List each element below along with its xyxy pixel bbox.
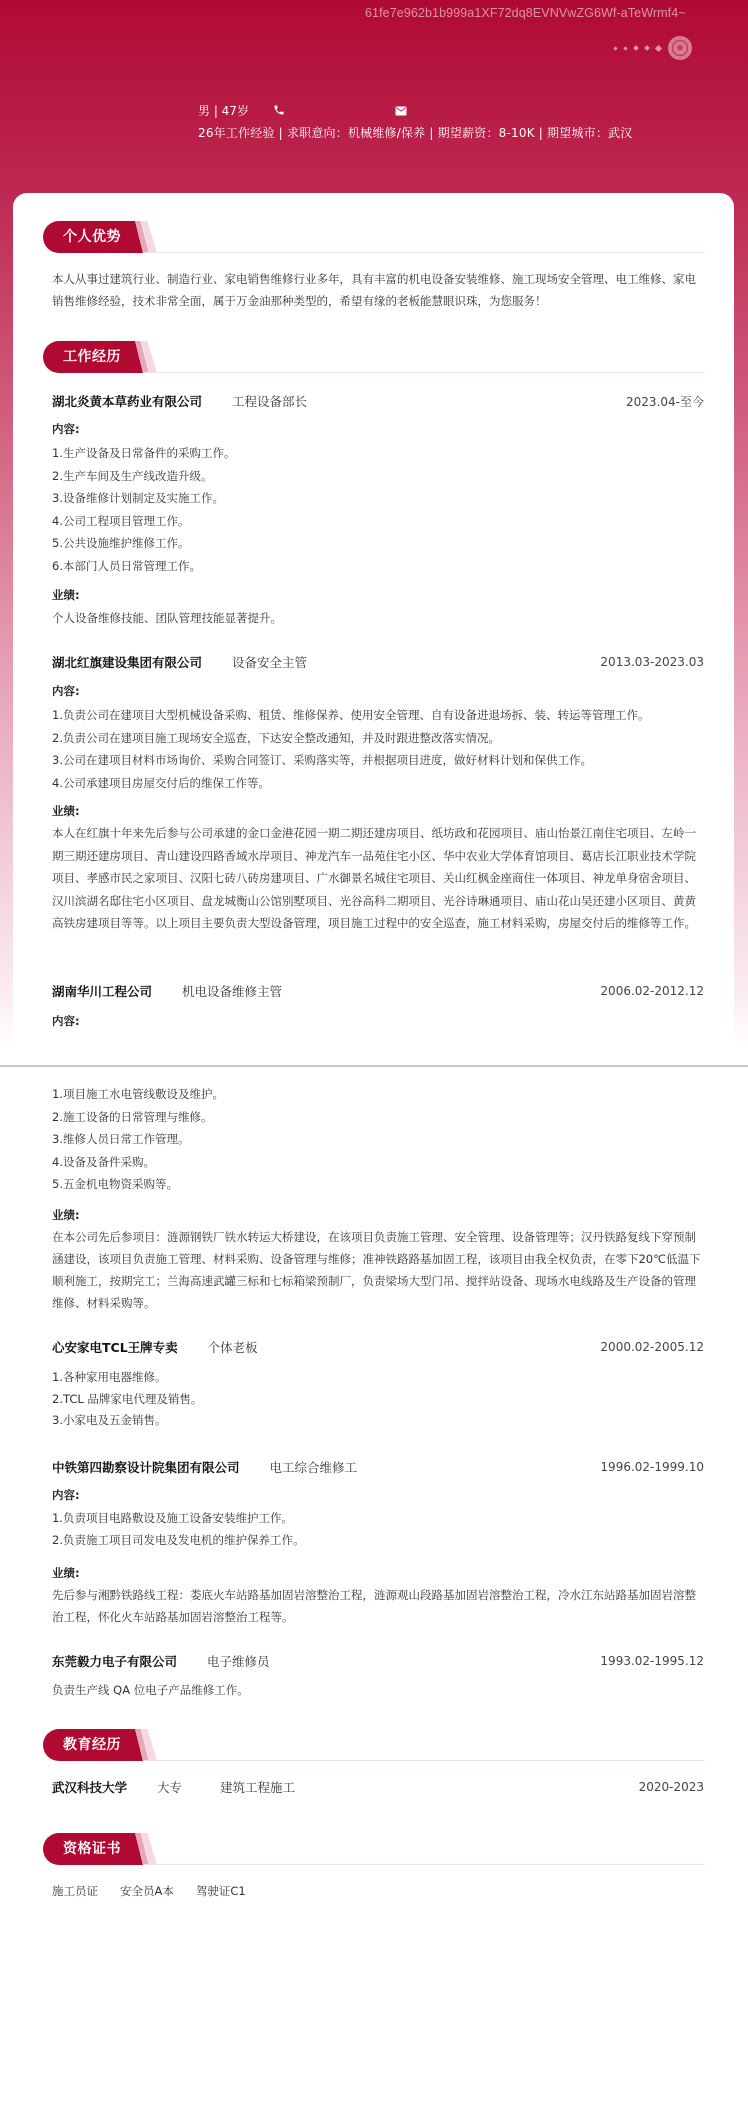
company-name: 湖南华川工程公司: [52, 982, 152, 1000]
section-title: 资格证书: [63, 1833, 121, 1865]
list-item: 1.项目施工水电管线敷设及维护。: [52, 1083, 702, 1106]
company-name: 湖北炎黄本草药业有限公司: [52, 392, 202, 410]
education-item: 武汉科技大学 大专 建筑工程施工 2020-2023: [52, 1777, 704, 1797]
company-name: 中铁第四勘察设计院集团有限公司: [52, 1458, 240, 1476]
personal-info: 男 | 47岁 26年工作经验 | 求职意向：机械维修/保养 | 期望薪资：8-…: [198, 100, 632, 142]
soccer-ball-icon: [668, 36, 692, 60]
job-period: 2006.02-2012.12: [600, 984, 704, 998]
content-label: 内容:: [52, 683, 80, 699]
job-content-list: 1.各种家用电器维修。 2.TCL 品牌家电代理及销售。 3.小家电及五金销售。: [52, 1367, 702, 1432]
list-item: 3.设备维修计划制定及实施工作。: [52, 487, 702, 510]
diamond-dot-icon: [623, 46, 627, 50]
list-item: 负责生产线 QA 位电子产品维修工作。: [52, 1680, 702, 1702]
content-label: 内容:: [52, 1487, 80, 1503]
job-header: 湖南华川工程公司 机电设备维修主管 2006.02-2012.12: [52, 981, 704, 1001]
job-content-list: 1.项目施工水电管线敷设及维护。 2.施工设备的日常管理与维修。 3.维修人员日…: [52, 1083, 702, 1196]
section-header-certificates: 资格证书: [43, 1833, 705, 1865]
job-period: 1996.02-1999.10: [600, 1460, 704, 1474]
achievement-label: 业绩:: [52, 587, 80, 603]
job-role: 电子维修员: [207, 1652, 270, 1670]
phone-icon: [273, 104, 285, 116]
content-label: 内容:: [52, 1013, 80, 1029]
achievement-label: 业绩:: [52, 1565, 80, 1581]
section-header-education: 教育经历: [43, 1729, 705, 1761]
decoration-dots: [614, 36, 692, 60]
job-header: 中铁第四勘察设计院集团有限公司 电工综合维修工 1996.02-1999.10: [52, 1457, 704, 1477]
list-item: 5.公共设施维护维修工作。: [52, 532, 702, 555]
list-item: 4.公司工程项目管理工作。: [52, 510, 702, 533]
degree: 大专: [157, 1778, 182, 1796]
list-item: 1.各种家用电器维修。: [52, 1367, 702, 1389]
list-item: 2.负责施工项目司发电及发电机的维护保养工作。: [52, 1530, 702, 1552]
gender-age: 男 | 47岁: [198, 102, 249, 119]
diamond-dot-icon: [655, 44, 662, 51]
job-header: 湖北炎黄本草药业有限公司 工程设备部长 2023.04-至今: [52, 391, 704, 411]
job-intention-summary: 26年工作经验 | 求职意向：机械维修/保养 | 期望薪资：8-10K | 期望…: [198, 124, 632, 142]
section-title: 教育经历: [63, 1729, 121, 1761]
job-achievement: 先后参与湘黔铁路线工程：娄底火车站路基加固岩溶整治工程，涟源观山段路基加固岩溶整…: [52, 1584, 702, 1628]
certificate-list: 施工员证 安全员A本 驾驶证C1: [52, 1883, 268, 1899]
mail-icon: [395, 105, 407, 115]
job-content-list: 负责生产线 QA 位电子产品维修工作。: [52, 1680, 702, 1702]
company-name: 湖北红旗建设集团有限公司: [52, 653, 202, 671]
job-role: 设备安全主管: [232, 653, 307, 671]
certificate-item: 安全员A本: [120, 1883, 174, 1899]
section-divider: [143, 1864, 705, 1865]
section-divider: [143, 252, 705, 253]
job-role: 个体老板: [208, 1338, 258, 1356]
diamond-dot-icon: [613, 46, 617, 50]
list-item: 1.负责项目电路敷设及施工设备安装维护工作。: [52, 1508, 702, 1530]
job-header: 东莞毅力电子有限公司 电子维修员 1993.02-1995.12: [52, 1651, 704, 1671]
list-item: 2.TCL 品牌家电代理及销售。: [52, 1389, 702, 1411]
section-divider: [143, 1760, 705, 1761]
major: 建筑工程施工: [220, 1778, 295, 1796]
list-item: 6.本部门人员日常管理工作。: [52, 555, 702, 578]
list-item: 2.施工设备的日常管理与维修。: [52, 1106, 702, 1129]
job-achievement: 在本公司先后参项目：涟源钢铁厂铁水转运大桥建设，在该项目负责施工管理、安全管理、…: [52, 1226, 702, 1314]
job-period: 2013.03-2023.03: [600, 655, 704, 669]
job-header: 心安家电TCL王牌专卖 个体老板 2000.02-2005.12: [52, 1337, 704, 1357]
section-header-advantage: 个人优势: [43, 221, 705, 253]
job-achievement: 本人在红旗十年来先后参与公司承建的金口金港花园一期二期还建房项目、纸坊政和花园项…: [52, 822, 702, 935]
job-achievement: 个人设备维修技能、团队管理技能显著提升。: [52, 607, 702, 629]
company-name: 心安家电TCL王牌专卖: [52, 1338, 178, 1356]
job-period: 2023.04-至今: [626, 393, 704, 410]
education-period: 2020-2023: [639, 1780, 704, 1794]
job-period: 2000.02-2005.12: [600, 1340, 704, 1354]
list-item: 1.生产设备及日常备件的采购工作。: [52, 442, 702, 465]
job-role: 电工综合维修工: [270, 1458, 358, 1476]
section-header-work: 工作经历: [43, 341, 705, 373]
list-item: 1.负责公司在建项目大型机械设备采购、租赁、维修保养、使用安全管理、自有设备进退…: [52, 704, 702, 727]
list-item: 2.负责公司在建项目施工现场安全巡查，下达安全整改通知，并及时跟进整改落实情况。: [52, 727, 702, 750]
page-break-divider: [0, 1065, 748, 1067]
certificate-item: 施工员证: [52, 1883, 98, 1899]
watermark-text: 61fe7e962b1b999a1XF72dq8EVNVwZG6Wf-aTeWr…: [365, 6, 686, 20]
job-role: 机电设备维修主管: [182, 982, 282, 1000]
section-title: 工作经历: [63, 341, 121, 373]
school-name: 武汉科技大学: [52, 1778, 127, 1796]
company-name: 东莞毅力电子有限公司: [52, 1652, 177, 1670]
job-content-list: 1.生产设备及日常备件的采购工作。 2.生产车间及生产线改造升级。 3.设备维修…: [52, 442, 702, 577]
list-item: 4.公司承建项目房屋交付后的维保工作等。: [52, 772, 702, 795]
list-item: 3.小家电及五金销售。: [52, 1410, 702, 1432]
job-content-list: 1.负责项目电路敷设及施工设备安装维护工作。 2.负责施工项目司发电及发电机的维…: [52, 1508, 702, 1551]
diamond-dot-icon: [644, 45, 650, 51]
advantage-text: 本人从事过建筑行业、制造行业、家电销售维修行业多年，具有丰富的机电设备安装维修、…: [52, 268, 702, 312]
achievement-label: 业绩:: [52, 803, 80, 819]
list-item: 3.公司在建项目材料市场询价、采购合同签订、采购落实等，并根据项目进度，做好材料…: [52, 749, 702, 772]
job-role: 工程设备部长: [232, 392, 307, 410]
certificate-item: 驾驶证C1: [196, 1883, 246, 1899]
list-item: 5.五金机电物资采购等。: [52, 1173, 702, 1196]
job-period: 1993.02-1995.12: [600, 1654, 704, 1668]
content-label: 内容:: [52, 421, 80, 437]
section-title: 个人优势: [63, 221, 121, 253]
diamond-dot-icon: [633, 45, 639, 51]
achievement-label: 业绩:: [52, 1207, 80, 1223]
list-item: 4.设备及备件采购。: [52, 1151, 702, 1174]
job-content-list: 1.负责公司在建项目大型机械设备采购、租赁、维修保养、使用安全管理、自有设备进退…: [52, 704, 702, 794]
list-item: 2.生产车间及生产线改造升级。: [52, 465, 702, 488]
list-item: 3.维修人员日常工作管理。: [52, 1128, 702, 1151]
section-divider: [143, 372, 705, 373]
job-header: 湖北红旗建设集团有限公司 设备安全主管 2013.03-2023.03: [52, 652, 704, 672]
